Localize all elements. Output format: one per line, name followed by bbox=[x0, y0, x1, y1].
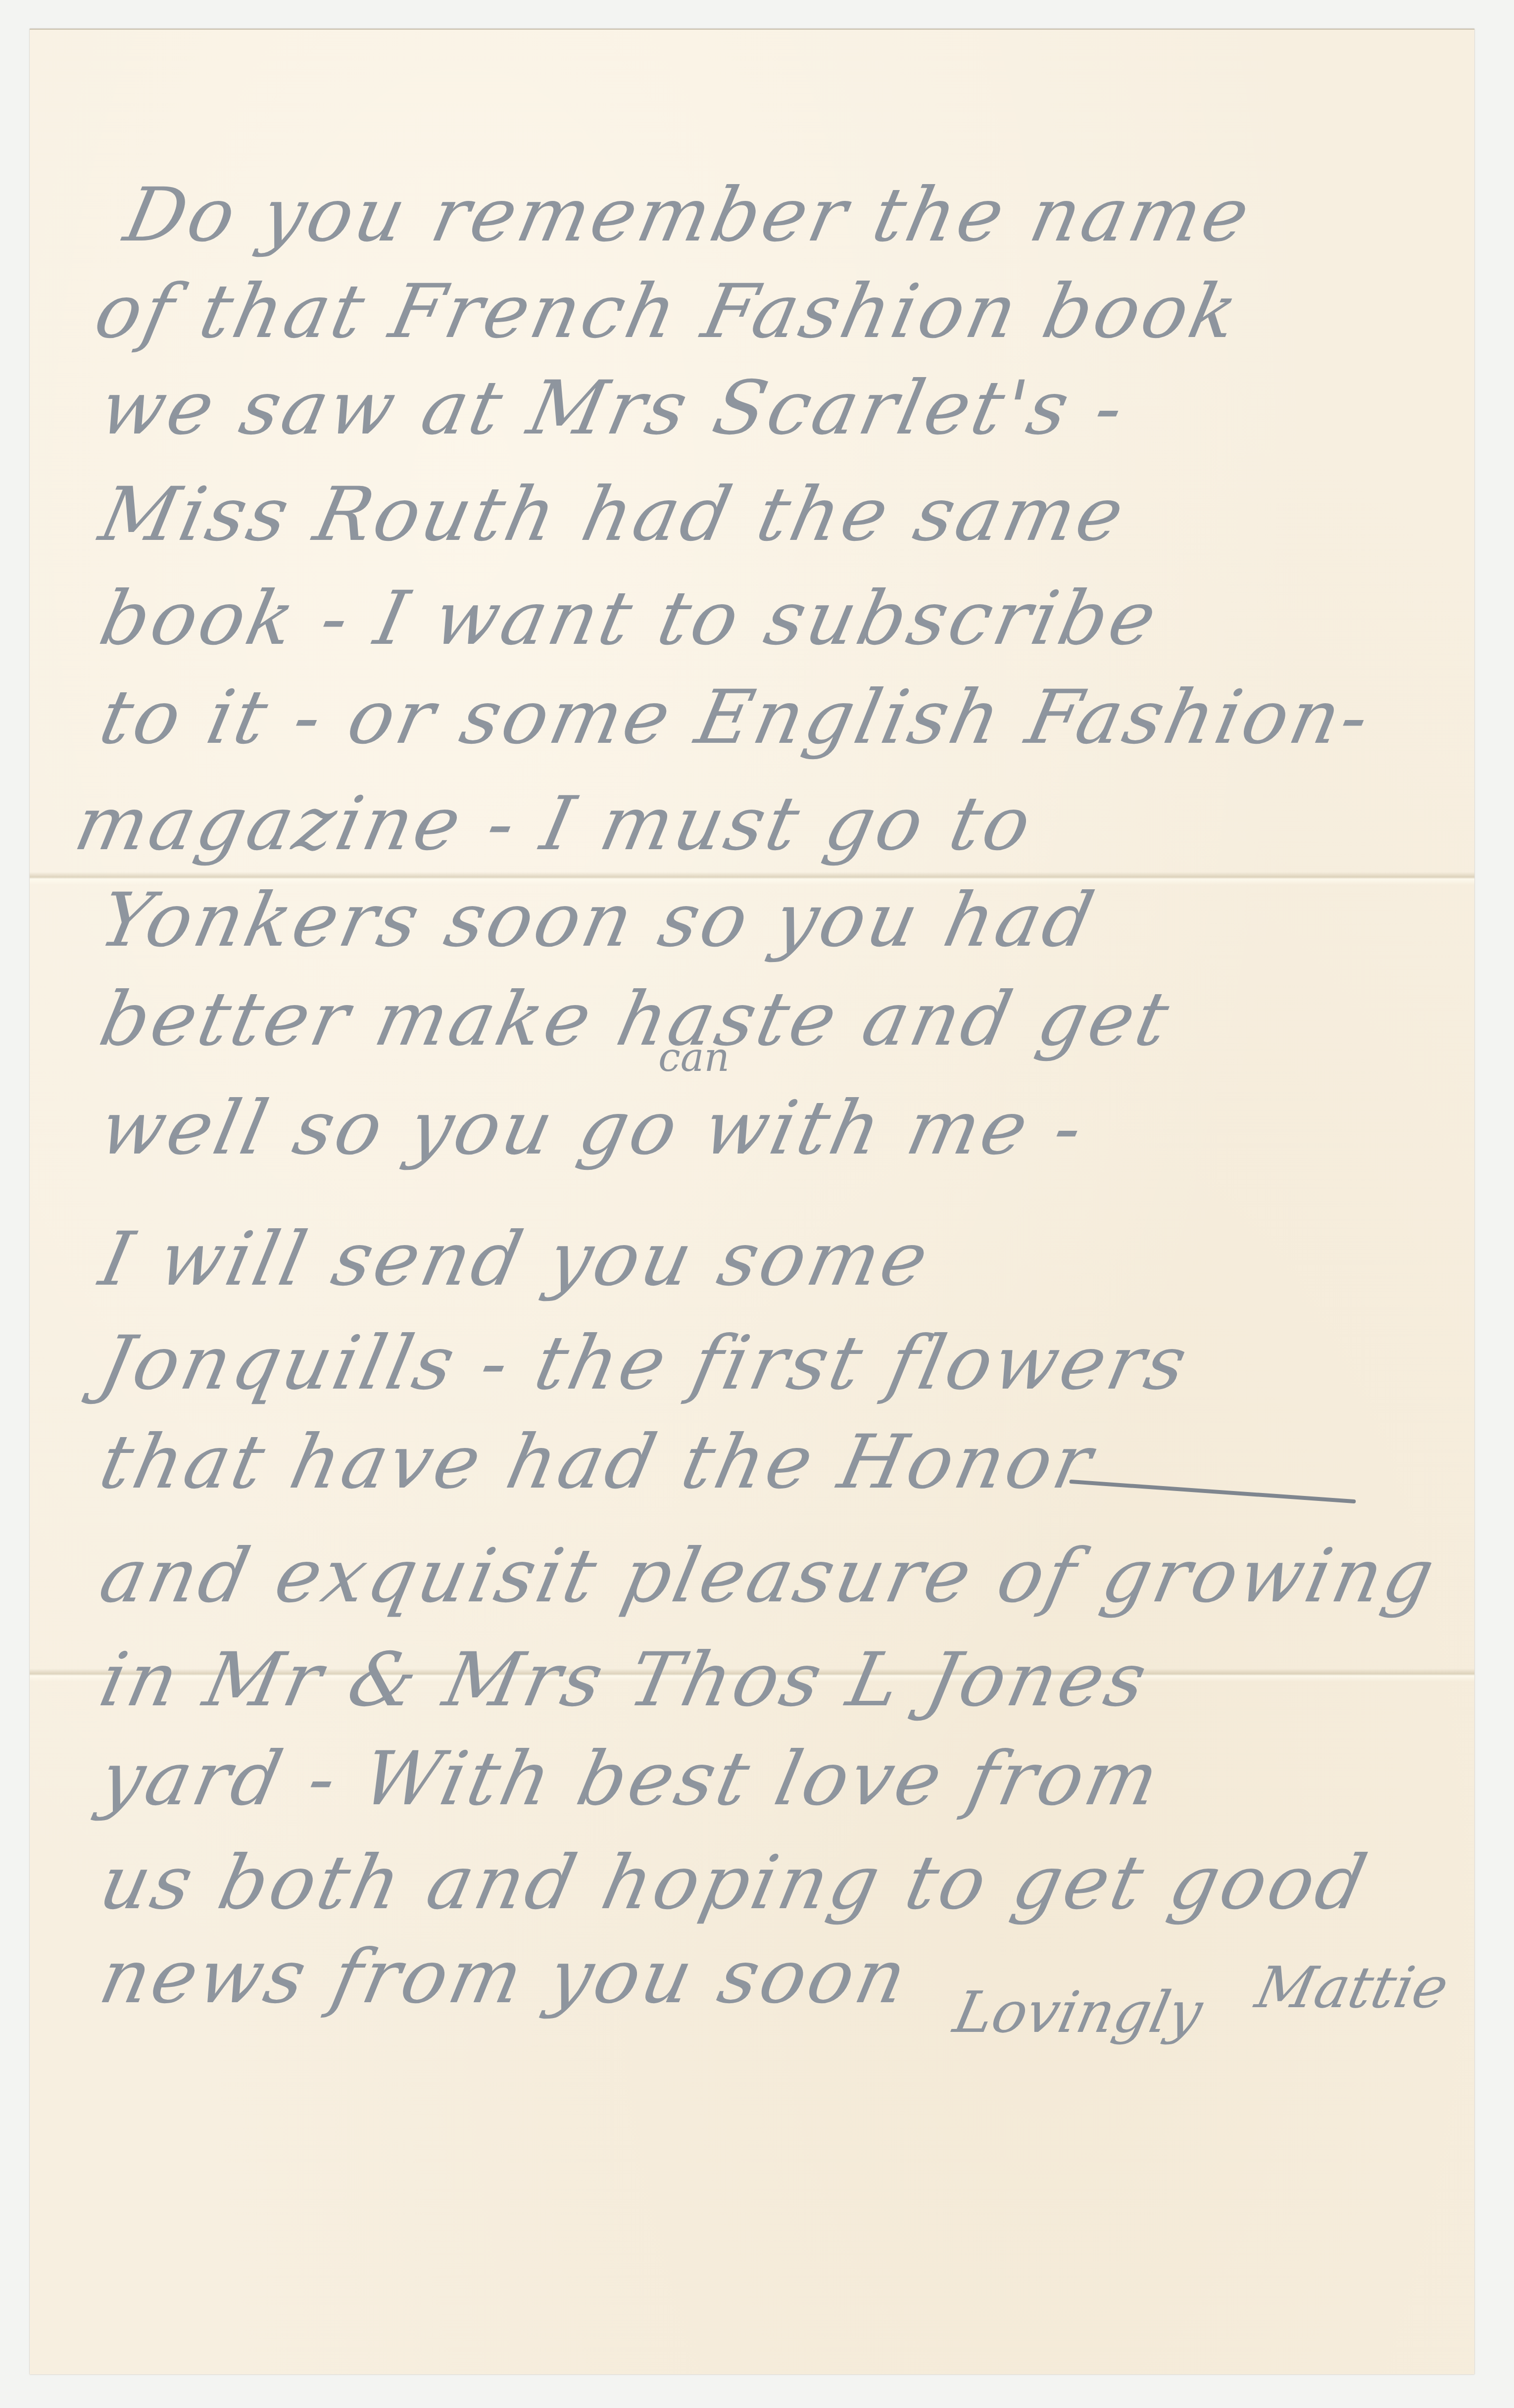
letter-line-17: us both and hoping to get good bbox=[94, 1846, 1375, 1920]
letter-line-9: better make haste and get bbox=[94, 982, 1177, 1057]
letter-line-10: well so you go with me - bbox=[94, 1091, 1091, 1165]
letter-line-12: Jonquills - the first flowers bbox=[94, 1326, 1196, 1400]
letter-line-16: yard - With best love from bbox=[94, 1742, 1168, 1816]
letter-line-3: we saw at Mrs Scarlet's - bbox=[94, 371, 1132, 445]
letter-line-11: I will send you some bbox=[94, 1222, 937, 1297]
closing-lovingly: Lovingly bbox=[948, 1979, 1208, 2046]
letter-line-18: news from you soon bbox=[94, 1940, 915, 2014]
letter-line-7: magazine - I must go to bbox=[69, 787, 1040, 861]
letter-line-1: Do you remember the name bbox=[119, 178, 1258, 252]
letter-line-5: book - I want to subscribe bbox=[94, 581, 1165, 656]
letter-line-2: of that French Fashion book bbox=[89, 275, 1246, 349]
letter-page: Do you remember the name of that French … bbox=[30, 29, 1474, 2374]
letter-line-14: and exquisit pleasure of growing bbox=[94, 1539, 1443, 1613]
signature-mattie: Mattie bbox=[1250, 1955, 1454, 2021]
letter-line-13: that have had the Honor bbox=[94, 1425, 1101, 1499]
letter-line-8: Yonkers soon so you had bbox=[94, 883, 1102, 958]
insertion-can: can bbox=[658, 1034, 730, 1080]
letter-line-15: in Mr & Mrs Thos L Jones bbox=[94, 1643, 1155, 1717]
letter-line-6: to it - or some English Fashion- bbox=[94, 680, 1378, 755]
honor-underline bbox=[1069, 1480, 1356, 1503]
letter-line-4: Miss Routh had the same bbox=[94, 478, 1132, 552]
